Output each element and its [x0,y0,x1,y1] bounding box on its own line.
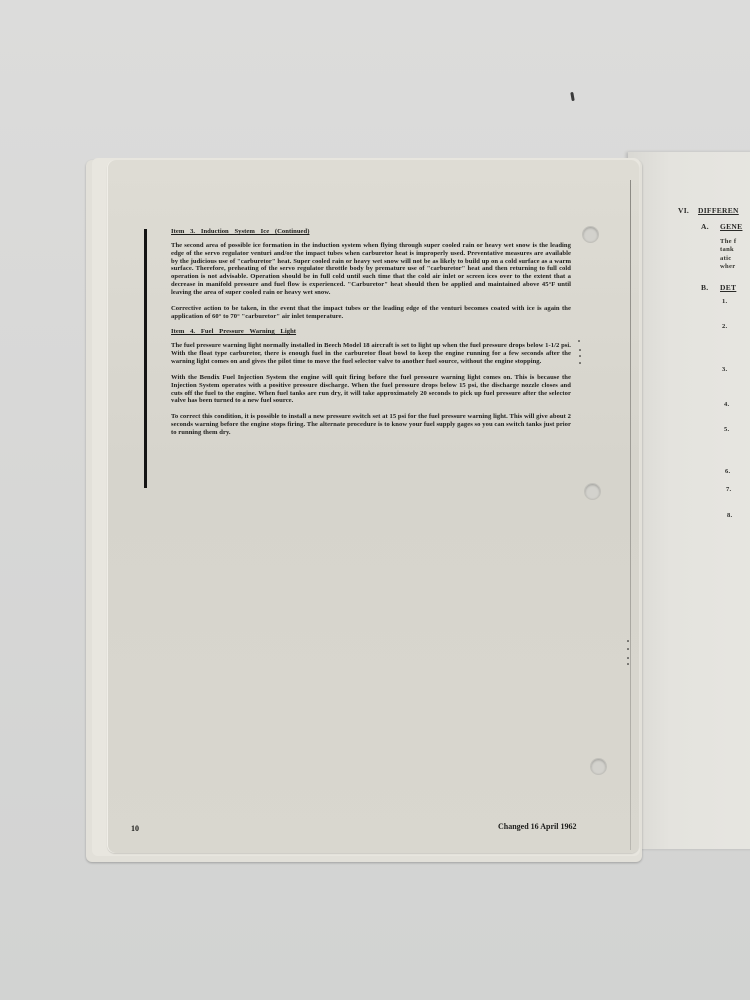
page-content: Item 3. Induction System Ice (Continued)… [171,228,571,445]
list-number: 4. [724,401,729,408]
punch-hole [590,758,607,775]
section-number: VI. [678,206,689,215]
speck [579,349,581,351]
list-number: 8. [727,512,732,519]
subsection-a-title: GENE [720,222,742,231]
list-number: 6. [725,468,730,475]
item4-paragraph-2: With the Bendix Fuel Injection System th… [171,374,571,405]
revision-date: Changed 16 April 1962 [498,822,576,831]
item3-paragraph-2: Corrective action to be taken, in the ev… [171,305,571,321]
speck [578,340,580,342]
punch-hole [582,226,599,243]
right-page: VI. DIFFEREN A. GENE The f tank atic whe… [628,152,750,849]
punch-hole [584,483,601,500]
item3-paragraph-1: The second area of possible ice formatio… [171,242,571,297]
item4-paragraph-3: To correct this condition, it is possibl… [171,413,571,437]
list-number: 2. [722,323,727,330]
subsection-a-label: A. [701,222,709,231]
list-number: 5. [724,426,729,433]
speck [627,657,629,659]
document-page: Item 3. Induction System Ice (Continued)… [107,160,639,853]
page-number: 10 [131,824,139,833]
item4-heading: Item 4. Fuel Pressure Warning Light [171,328,571,336]
item4-paragraph-1: The fuel pressure warning light normally… [171,342,571,366]
change-bar [144,229,147,488]
subsection-b-label: B. [701,283,708,292]
subsection-b-title: DET [720,283,736,292]
speck [627,648,629,650]
speck [627,640,629,642]
subsection-a-text: The f tank atic wher [720,238,736,271]
speck [579,362,581,364]
speck [579,355,581,357]
section-title: DIFFEREN [698,206,739,215]
list-number: 3. [722,366,727,373]
table-smudge [570,92,575,101]
speck [627,663,629,665]
list-number: 1. [722,298,727,305]
list-number: 7. [726,486,731,493]
item3-heading: Item 3. Induction System Ice (Continued) [171,228,571,236]
page-fold-line [630,180,631,850]
